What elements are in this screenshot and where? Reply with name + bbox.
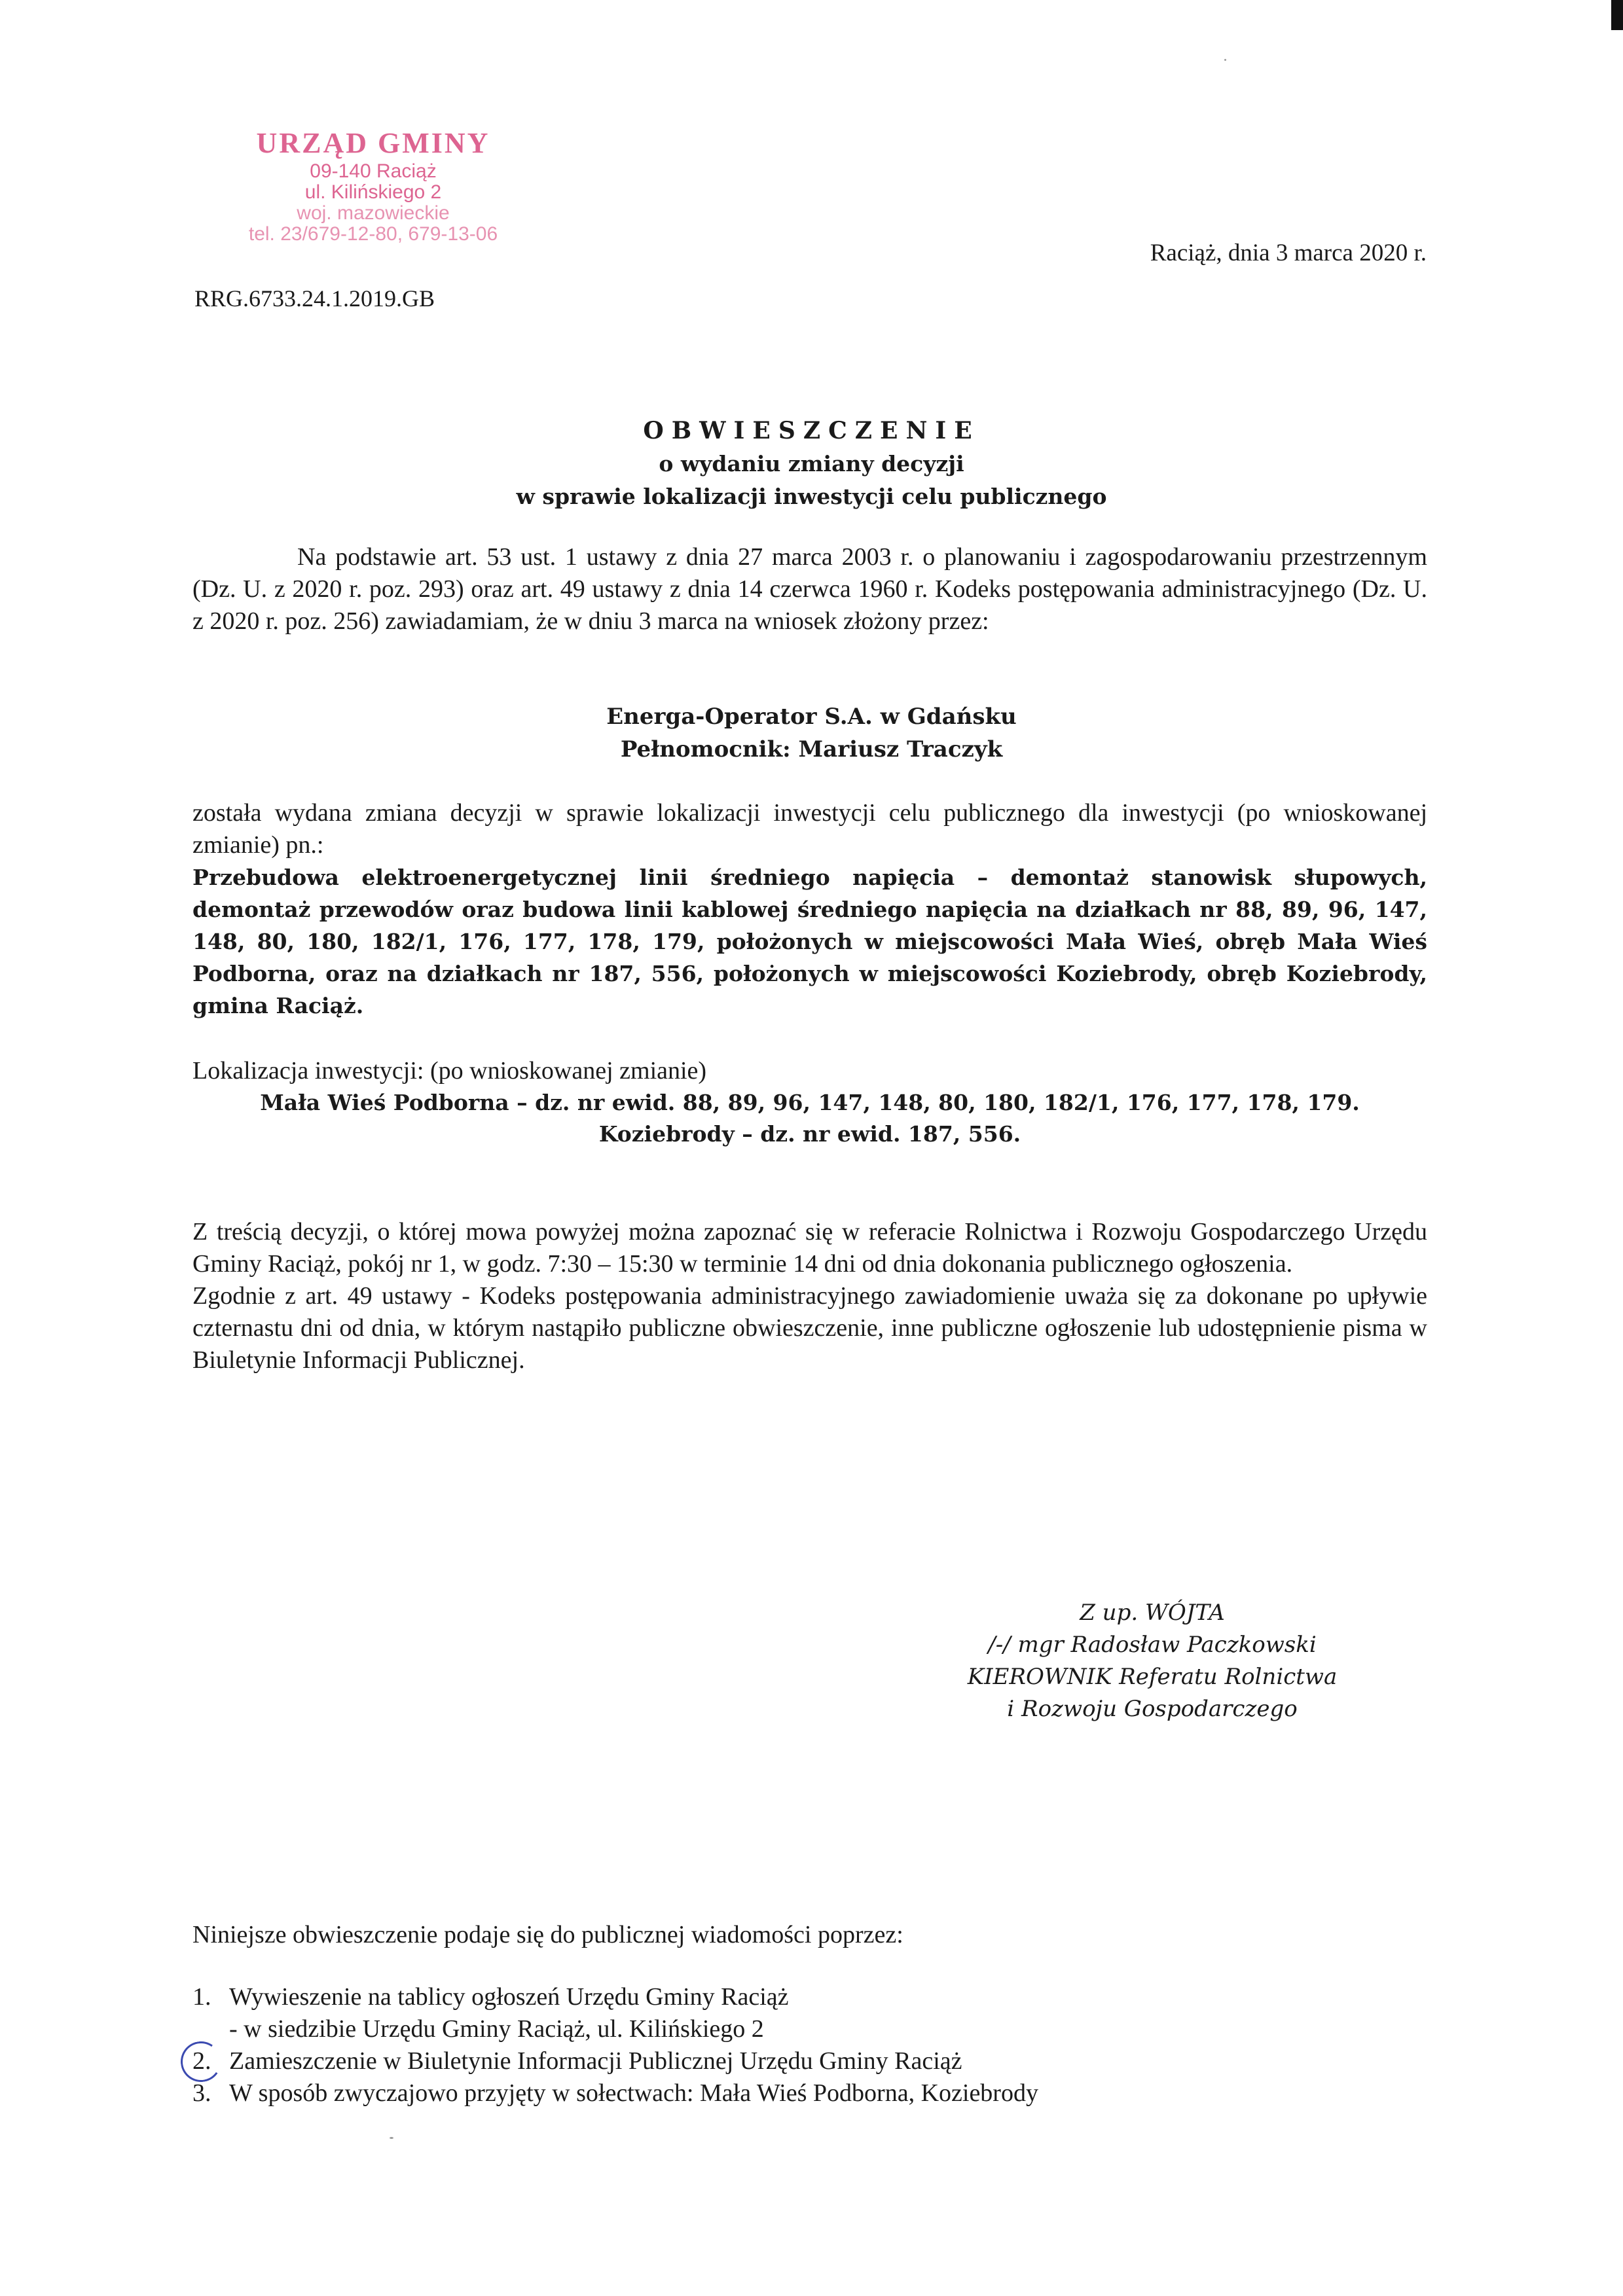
item-text: Zamieszczenie w Biuletynie Informacji Pu… bbox=[229, 2047, 962, 2075]
stamp-title: URZĄD GMINY bbox=[203, 126, 543, 161]
signature-line-1: Z up. WÓJTA bbox=[930, 1597, 1375, 1629]
publication-item: 1. Wywieszenie na tablicy ogłoszeń Urzęd… bbox=[192, 1981, 1427, 2045]
document-subtitle-2: w sprawie lokalizacji inwestycji celu pu… bbox=[0, 480, 1623, 513]
location-mala-wies: Mała Wieś Podborna – dz. nr ewid. 88, 89… bbox=[192, 1087, 1427, 1119]
item-number: 3. bbox=[192, 2077, 211, 2109]
signature-line-2: /-/ mgr Radosław Paczkowski bbox=[930, 1629, 1375, 1661]
decision-section: została wydana zmiana decyzji w sprawie … bbox=[192, 797, 1427, 1022]
publication-list: 1. Wywieszenie na tablicy ogłoszeń Urzęd… bbox=[192, 1981, 1427, 2109]
scan-speck bbox=[1224, 59, 1226, 61]
applicant-proxy: Pełnomocnik: Mariusz Traczyk bbox=[0, 733, 1623, 766]
location-koziebrody: Koziebrody – dz. nr ewid. 187, 556. bbox=[192, 1119, 1427, 1150]
info-paragraph-legal: Zgodnie z art. 49 ustawy - Kodeks postęp… bbox=[192, 1280, 1427, 1376]
signature-line-3: KIEROWNIK Referatu Rolnictwa bbox=[930, 1661, 1375, 1693]
scan-edge-mark bbox=[1611, 0, 1623, 30]
item-number: 1. bbox=[192, 1981, 211, 2013]
office-stamp: URZĄD GMINY 09-140 Raciąż ul. Kilińskieg… bbox=[203, 126, 543, 245]
stamp-street: ul. Kilińskiego 2 bbox=[203, 182, 543, 203]
document-subtitle-1: o wydaniu zmiany decyzji bbox=[0, 448, 1623, 480]
signature-block: Z up. WÓJTA /-/ mgr Radosław Paczkowski … bbox=[930, 1597, 1375, 1725]
applicant-block: Energa-Operator S.A. w Gdańsku Pełnomocn… bbox=[0, 700, 1623, 766]
publication-section: Niniejsze obwieszczenie podaje się do pu… bbox=[192, 1919, 1427, 2109]
stamp-province: woj. mazowieckie bbox=[203, 203, 543, 224]
reference-number: RRG.6733.24.1.2019.GB bbox=[194, 285, 435, 312]
scan-speck bbox=[390, 2137, 393, 2139]
intro-text: Na podstawie art. 53 ust. 1 ustawy z dni… bbox=[192, 541, 1427, 637]
stamp-postcode: 09-140 Raciąż bbox=[203, 161, 543, 182]
info-section: Z treścią decyzji, o której mowa powyżej… bbox=[192, 1216, 1427, 1376]
decision-lead: została wydana zmiana decyzji w sprawie … bbox=[192, 797, 1427, 861]
publication-item: 2. Zamieszczenie w Biuletynie Informacji… bbox=[192, 2045, 1427, 2077]
applicant-company: Energa-Operator S.A. w Gdańsku bbox=[0, 700, 1623, 733]
publication-item: 3. W sposób zwyczajowo przyjęty w sołect… bbox=[192, 2077, 1427, 2109]
item-text: Wywieszenie na tablicy ogłoszeń Urzędu G… bbox=[229, 1983, 789, 2011]
item-number: 2. bbox=[192, 2045, 211, 2077]
item-subtext: - w siedzibie Urzędu Gminy Raciąż, ul. K… bbox=[229, 2013, 1427, 2045]
location-section: Lokalizacja inwestycji: (po wnioskowanej… bbox=[192, 1055, 1427, 1150]
signature-line-4: i Rozwoju Gospodarczego bbox=[930, 1693, 1375, 1725]
stamp-phone: tel. 23/679-12-80, 679-13-06 bbox=[203, 224, 543, 245]
item-text: W sposób zwyczajowo przyjęty w sołectwac… bbox=[229, 2079, 1038, 2107]
location-label: Lokalizacja inwestycji: (po wnioskowanej… bbox=[192, 1055, 1427, 1087]
intro-paragraph: Na podstawie art. 53 ust. 1 ustawy z dni… bbox=[192, 541, 1427, 637]
place-date: Raciąż, dnia 3 marca 2020 r. bbox=[1150, 239, 1427, 267]
document-title: OBWIESZCZENIE bbox=[0, 414, 1623, 448]
info-paragraph-access: Z treścią decyzji, o której mowa powyżej… bbox=[192, 1216, 1427, 1280]
document-heading: OBWIESZCZENIE o wydaniu zmiany decyzji w… bbox=[0, 414, 1623, 513]
publication-lead: Niniejsze obwieszczenie podaje się do pu… bbox=[192, 1919, 1427, 1951]
investment-name: Przebudowa elektroenergetycznej linii śr… bbox=[192, 861, 1427, 1022]
